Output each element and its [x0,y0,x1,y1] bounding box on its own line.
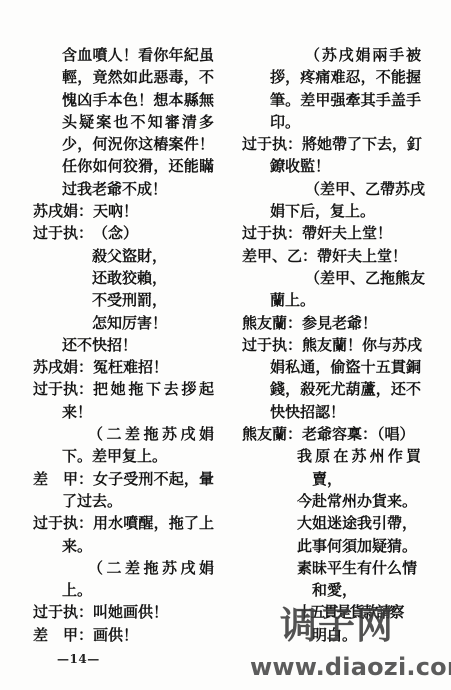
stage-direction-text: 拶，疼痛难忍，不能握 [270,66,421,88]
verse-line: 大姐迷途我引帶， [242,512,421,534]
verse-text: 殺父盜財， [92,245,167,267]
stage-direction-text: 下。差甲复上。 [62,445,167,467]
stage-direction-continuation: 筆。差甲强牽其手盖手 [242,89,421,111]
dialogue-text: 把她拖下去拶起 [93,378,214,400]
dialogue-continuation: 含血噴人！看你年紀虽 [33,44,214,66]
stage-direction: （二差拖苏戌娟 [33,423,214,445]
dialogue-continuation: 来！ [33,401,214,423]
stage-direction: （苏戌娟兩手被 [242,44,421,66]
dialogue-continuation: 錢，殺死尤葫蘆，还不 [242,378,421,400]
verse-text: 我原在苏州作買 [297,445,421,467]
dialogue-continuation: 輕，竟然如此惡毒，不 [33,66,214,88]
speaker-name: 过于执： [242,222,302,244]
speaker-name: 过于执： [242,133,302,155]
speaker-name: 差 甲： [33,624,93,646]
dialogue-text: 帶奸夫上堂！ [302,222,392,244]
stage-direction-continuation: 娟下后，复上。 [242,200,421,222]
dialogue-text: 冤枉难招！ [93,356,168,378]
dialogue-line: 熊友蘭：老爺容稟：（唱） [242,423,421,445]
speaker-name: 过于执： [242,334,302,356]
watermark-url: www.diaozi.com [250,653,451,681]
stage-direction-text: （差甲、乙帶苏戌 [305,178,425,200]
stage-direction-text: （二差拖苏戌娟 [88,557,214,579]
verse-continuation: 和愛， [242,579,421,601]
stage-direction-continuation: 蘭上。 [242,289,421,311]
verse-line: 殺父盜財， [33,245,214,267]
verse-line: 还敢狡賴， [33,267,214,289]
stage-direction: （二差拖苏戌娟 [33,557,214,579]
stage-direction: （差甲、乙帶苏戌 [242,178,421,200]
stage-direction-continuation: 印。 [242,111,421,133]
dialogue-text: 参見老爺！ [302,312,377,334]
stage-direction-text: 蘭上。 [270,289,315,311]
watermark-title: 调子网 [280,604,394,648]
dialogue-text: 含血噴人！看你年紀虽 [62,44,214,66]
dialogue-text: 来。 [62,535,92,557]
dialogue-line: 差 甲：女子受刑不起，暈 [33,468,214,490]
dialogue-continuation: 少，何況你这樁案件！ [33,133,214,155]
verse-line: 今赴常州办貨来。 [242,490,421,512]
dialogue-text: 了过去。 [62,490,122,512]
speaker-name: 差甲、乙： [242,245,317,267]
verse-line: 我原在苏州作買 [242,445,421,467]
verse-line: 怎知厉害！ [33,312,214,334]
stage-direction-text: （二差拖苏戌娟 [88,423,214,445]
verse-line: 不受刑罰， [33,289,214,311]
dialogue-line: 过于执：用水噴醒，拖了上 [33,512,214,534]
dialogue-text: 熊友蘭！你与苏戌 [302,334,422,356]
right-column: （苏戌娟兩手被 拶，疼痛难忍，不能握 筆。差甲强牽其手盖手 印。 过于执：將她帶… [242,44,421,646]
speaker-name: 熊友蘭： [242,312,302,334]
dialogue-text: 輕，竟然如此惡毒，不 [62,66,214,88]
dialogue-line: 苏戌娟：天吶！ [33,200,214,222]
dialogue-text: 天吶！ [93,200,138,222]
stage-direction-text: 筆。差甲强牽其手盖手 [270,89,421,111]
verse-text: 还敢狡賴， [92,267,167,289]
dialogue-continuation: 过我老爺不成！ [33,178,214,200]
page-number: —14— [57,652,100,666]
dialogue-line: 过于执：把她拖下去拶起 [33,378,214,400]
dialogue-text: 將她帶了下去，釘 [302,133,422,155]
dialogue-line: 差甲、乙：帶奸夫上堂！ [242,245,421,267]
dialogue-line: 过于执：將她帶了下去，釘 [242,133,421,155]
dialogue-line: 苏戌娟：冤枉难招！ [33,356,214,378]
verse-text: 今赴常州办貨来。 [297,490,417,512]
dialogue-continuation: 头疑案也不知審清多 [33,111,214,133]
stage-direction-text: （差甲、乙拖熊友 [305,267,425,289]
dialogue-continuation: 娟私通，偷盜十五貫銅 [242,356,421,378]
speaker-name: 过于执： [33,378,93,400]
dialogue-text: 帶奸夫上堂！ [317,245,407,267]
dialogue-text: 画供！ [93,624,138,646]
stage-direction-continuation: 上。 [33,579,214,601]
dialogue-text: 来！ [62,401,92,423]
left-column: 含血噴人！看你年紀虽 輕，竟然如此惡毒，不 愧凶手本色！想本縣無 头疑案也不知審… [33,44,214,646]
dialogue-text: 还不快招！ [62,334,137,356]
dialogue-continuation: 快快招認！ [242,401,421,423]
dialogue-continuation: 来。 [33,535,214,557]
dialogue-line: 差 甲：画供！ [33,624,214,646]
stage-direction-continuation: 拶，疼痛难忍，不能握 [242,66,421,88]
dialogue-continuation: 了过去。 [33,490,214,512]
speaker-name: 苏戌娟： [33,200,93,222]
dialogue-text: 头疑案也不知審清多 [62,111,214,133]
dialogue-text: 娟私通，偷盜十五貫銅 [270,356,421,378]
dialogue-text: 少，何況你这樁案件！ [62,133,214,155]
stage-direction-text: （苏戌娟兩手被 [305,44,421,66]
dialogue-text: 鐐收監！ [270,155,330,177]
stage-direction-text: 上。 [62,579,92,601]
dialogue-text: （念） [93,222,138,244]
dialogue-continuation: 鐐收監！ [242,155,421,177]
verse-text: 此事何須加疑猜。 [297,535,417,557]
dialogue-line: 过于执：（念） [33,222,214,244]
verse-continuation: 賣， [242,468,421,490]
dialogue-text: 过我老爺不成！ [62,178,167,200]
verse-text: 和愛， [312,579,357,601]
dialogue-line: 熊友蘭：参見老爺！ [242,312,421,334]
speaker-name: 苏戌娟： [33,356,93,378]
dialogue-line: 过于执：熊友蘭！你与苏戌 [242,334,421,356]
stage-direction-text: 印。 [270,111,300,133]
verse-text: 怎知厉害！ [92,312,167,334]
stage-direction-text: 娟下后，复上。 [270,200,375,222]
dialogue-continuation: 愧凶手本色！想本縣無 [33,89,214,111]
speaker-name: 过于执： [33,601,93,623]
verse-text: 不受刑罰， [92,289,167,311]
verse-line: 此事何須加疑猜。 [242,535,421,557]
verse-text: 素昧平生有什么情 [297,557,417,579]
speaker-name: 差 甲： [33,468,93,490]
dialogue-line: 过于执：叫她画供！ [33,601,214,623]
dialogue-text: 女子受刑不起，暈 [93,468,214,490]
dialogue-text: 老爺容稟：（唱） [302,423,415,445]
dialogue-text: 叫她画供！ [93,601,168,623]
dialogue-continuation: 还不快招！ [33,334,214,356]
speaker-name: 熊友蘭： [242,423,302,445]
stage-direction: （差甲、乙拖熊友 [242,267,421,289]
stage-direction-continuation: 下。差甲复上。 [33,445,214,467]
verse-text: 賣， [312,468,342,490]
dialogue-text: 愧凶手本色！想本縣無 [62,89,214,111]
dialogue-text: 錢，殺死尤葫蘆，还不 [270,378,421,400]
dialogue-line: 过于执：帶奸夫上堂！ [242,222,421,244]
dialogue-text: 用水噴醒，拖了上 [93,512,214,534]
dialogue-text: 快快招認！ [270,401,345,423]
speaker-name: 过于执： [33,512,93,534]
verse-text: 大姐迷途我引帶， [297,512,417,534]
verse-line: 素昧平生有什么情 [242,557,421,579]
speaker-name: 过于执： [33,222,93,244]
dialogue-continuation: 任你如何狡猾，还能瞞 [33,155,214,177]
dialogue-text: 任你如何狡猾，还能瞞 [62,155,214,177]
